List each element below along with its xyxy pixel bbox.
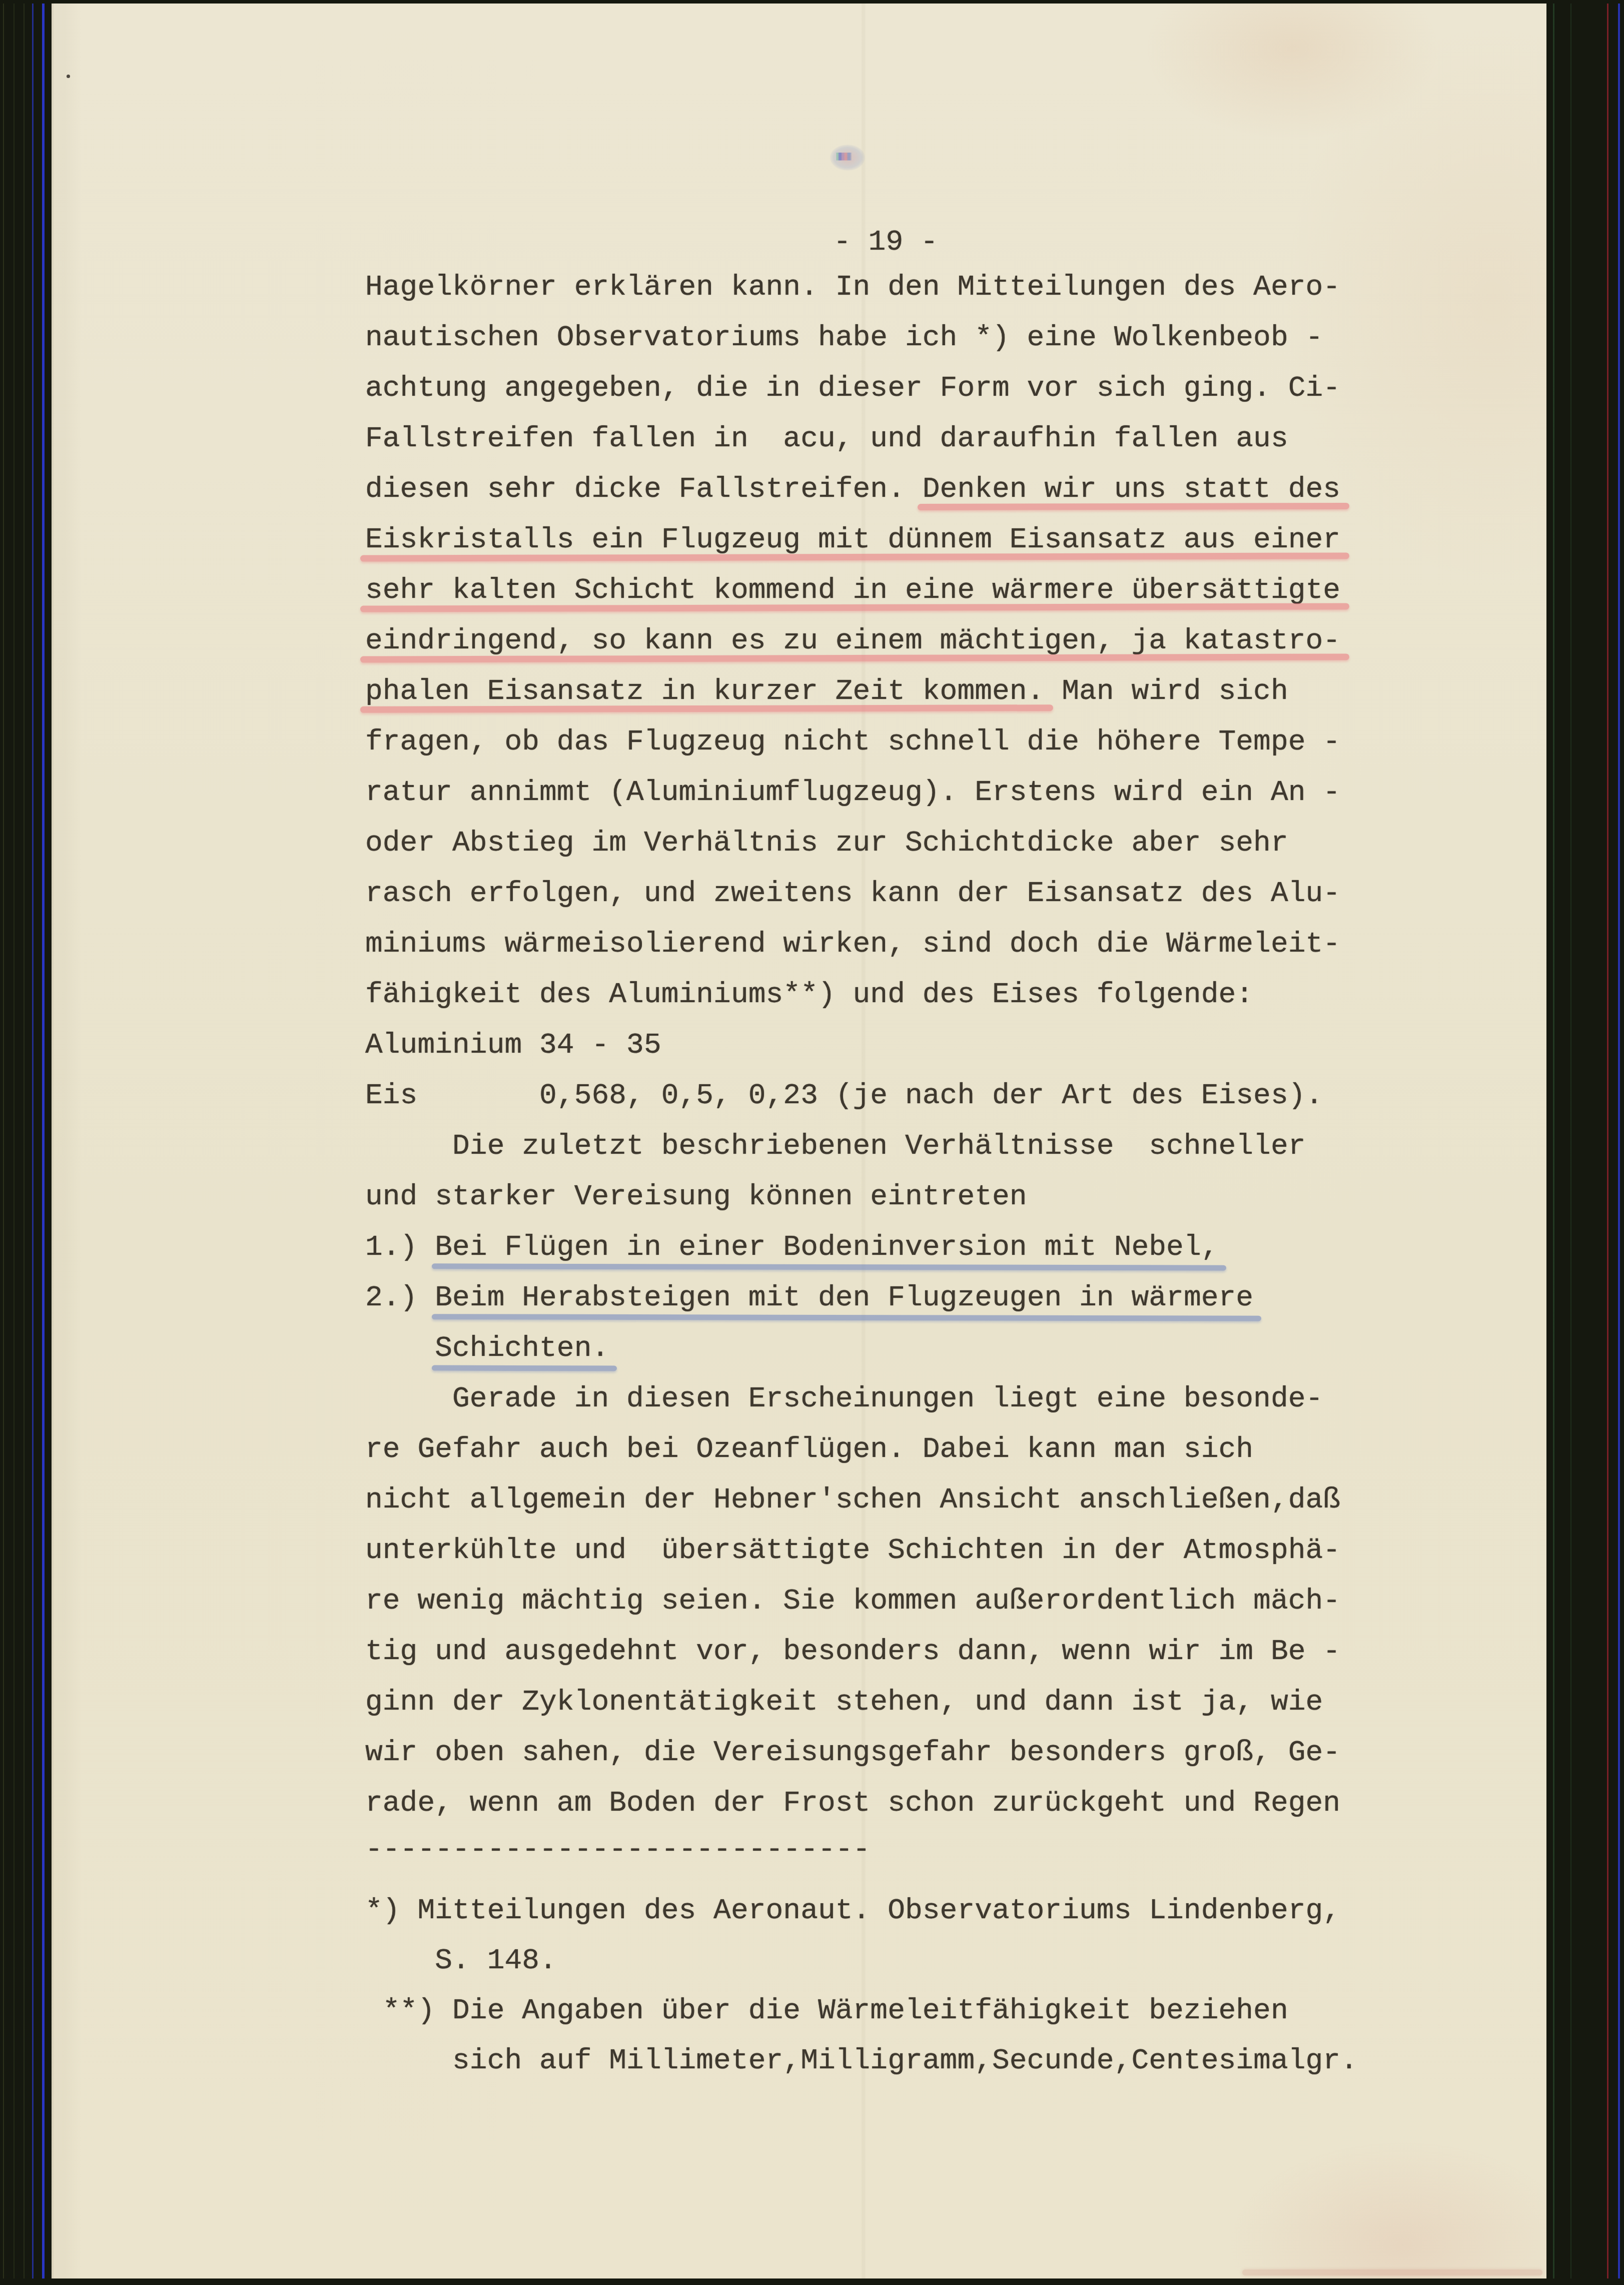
text-line: re wenig mächtig seien. Sie kommen außer… <box>365 1576 1340 1627</box>
underlined-text-red: phalen Eisansatz in kurzer Zeit kommen. <box>365 675 1044 708</box>
text-segment: fragen, ob das Flugzeug nicht schnell di… <box>365 726 1340 758</box>
text-segment: Gerade in diesen Erscheinungen liegt ein… <box>365 1383 1323 1415</box>
underlined-text-red: eindringend, so kann es zu einem mächtig… <box>365 625 1340 657</box>
text-line: Die zuletzt beschriebenen Verhältnisse s… <box>365 1121 1340 1172</box>
text-segment: diesen sehr dicke Fallstreifen. <box>365 473 923 506</box>
text-segment: S. 148. <box>365 1945 557 1977</box>
text-line: rade, wenn am Boden der Frost schon zurü… <box>365 1778 1340 1829</box>
text-line: *) Mitteilungen des Aeronaut. Observator… <box>365 1886 1358 1936</box>
scan-right-border <box>1546 0 1624 2285</box>
text-line: Aluminium 34 - 35 <box>365 1020 1340 1071</box>
underlined-text-red: Eiskristalls ein Flugzeug mit dünnem Eis… <box>365 524 1340 556</box>
text-line: oder Abstieg im Verhältnis zur Schichtdi… <box>365 818 1340 869</box>
text-line: diesen sehr dicke Fallstreifen. Denken w… <box>365 464 1340 515</box>
scan-top-border <box>0 0 1624 4</box>
text-segment: rade, wenn am Boden der Frost schon zurü… <box>365 1787 1340 1820</box>
text-line: 2.) Beim Herabsteigen mit den Flugzeugen… <box>365 1273 1340 1323</box>
ink-speck <box>67 75 70 78</box>
text-line: re Gefahr auch bei Ozeanflügen. Dabei ka… <box>365 1424 1340 1475</box>
text-line: Eis 0,568, 0,5, 0,23 (je nach der Art de… <box>365 1071 1340 1121</box>
text-line: Eiskristalls ein Flugzeug mit dünnem Eis… <box>365 515 1340 565</box>
text-segment: miniums wärmeisolierend wirken, sind doc… <box>365 928 1340 961</box>
text-line: rasch erfolgen, und zweitens kann der Ei… <box>365 869 1340 919</box>
text-line: miniums wärmeisolierend wirken, sind doc… <box>365 919 1340 970</box>
text-segment: ratur annimmt (Aluminiumflugzeug). Erste… <box>365 777 1340 809</box>
text-segment: ginn der Zyklonentätigkeit stehen, und d… <box>365 1686 1323 1719</box>
text-segment: fähigkeit des Aluminiums**) und des Eise… <box>365 979 1253 1011</box>
footnotes: *) Mitteilungen des Aeronaut. Observator… <box>365 1886 1358 2086</box>
text-line: fragen, ob das Flugzeug nicht schnell di… <box>365 717 1340 768</box>
text-line: phalen Eisansatz in kurzer Zeit kommen. … <box>365 666 1340 717</box>
text-segment: 2.) <box>365 1282 435 1314</box>
text-segment: sich auf Millimeter,Milligramm,Secunde,C… <box>365 2045 1358 2077</box>
text-segment: Hagelkörner erklären kann. In den Mittei… <box>365 271 1340 304</box>
text-line: Schichten. <box>365 1323 1340 1374</box>
text-segment: unterkühlte und übersättigte Schichten i… <box>365 1535 1340 1567</box>
footnote-separator: ----------------------------- <box>365 1825 870 1875</box>
text-line: S. 148. <box>365 1936 1358 1986</box>
text-line: achtung angegeben, die in dieser Form vo… <box>365 363 1340 414</box>
text-line: ginn der Zyklonentätigkeit stehen, und d… <box>365 1677 1340 1728</box>
text-segment: nautischen Observatoriums habe ich *) ei… <box>365 322 1323 354</box>
text-segment: rasch erfolgen, und zweitens kann der Ei… <box>365 878 1340 910</box>
text-segment: re Gefahr auch bei Ozeanflügen. Dabei ka… <box>365 1433 1253 1466</box>
text-segment: oder Abstieg im Verhältnis zur Schichtdi… <box>365 827 1288 860</box>
ink-bleed-through-mark <box>1242 2269 1542 2275</box>
text-segment: Die zuletzt beschriebenen Verhältnisse s… <box>365 1130 1306 1163</box>
body-text: Hagelkörner erklären kann. In den Mittei… <box>365 262 1340 1829</box>
text-line: nicht allgemein der Hebner'schen Ansicht… <box>365 1475 1340 1526</box>
text-segment: 1.) <box>365 1231 435 1264</box>
text-segment: tig und ausgedehnt vor, besonders dann, … <box>365 1636 1340 1668</box>
text-segment: nicht allgemein der Hebner'schen Ansicht… <box>365 1484 1340 1516</box>
text-segment: **) Die Angaben über die Wärmeleitfähigk… <box>365 1995 1288 2027</box>
text-segment: und starker Vereisung können eintreten <box>365 1181 1027 1213</box>
scanned-document-page: - 19 - Hagelkörner erklären kann. In den… <box>0 0 1624 2285</box>
text-line: eindringend, so kann es zu einem mächtig… <box>365 616 1340 666</box>
footnote-separator-dashes: ----------------------------- <box>365 1825 870 1875</box>
text-line: sich auf Millimeter,Milligramm,Secunde,C… <box>365 2036 1358 2086</box>
text-segment: Aluminium 34 - 35 <box>365 1029 661 1062</box>
text-line: Gerade in diesen Erscheinungen liegt ein… <box>365 1374 1340 1424</box>
text-line: wir oben sahen, die Vereisungsgefahr bes… <box>365 1728 1340 1778</box>
text-segment: Fallstreifen fallen in acu, und daraufhi… <box>365 423 1288 455</box>
underlined-text-red: Denken wir uns statt des <box>923 473 1340 506</box>
text-segment: achtung angegeben, die in dieser Form vo… <box>365 372 1340 405</box>
text-line: fähigkeit des Aluminiums**) und des Eise… <box>365 970 1340 1020</box>
text-line: ratur annimmt (Aluminiumflugzeug). Erste… <box>365 768 1340 818</box>
text-line: und starker Vereisung können eintreten <box>365 1172 1340 1222</box>
text-line: 1.) Bei Flügen in einer Bodeninversion m… <box>365 1222 1340 1273</box>
text-line: **) Die Angaben über die Wärmeleitfähigk… <box>365 1986 1358 2036</box>
scan-bottom-border <box>0 2278 1624 2285</box>
scan-left-border <box>0 0 52 2285</box>
text-segment: Man wird sich <box>1044 675 1288 708</box>
paper-sheet: - 19 - Hagelkörner erklären kann. In den… <box>52 4 1546 2278</box>
text-line: tig und ausgedehnt vor, besonders dann, … <box>365 1627 1340 1677</box>
text-segment: Eis 0,568, 0,5, 0,23 (je nach der Art de… <box>365 1080 1323 1112</box>
text-segment: *) Mitteilungen des Aeronaut. Observator… <box>365 1895 1340 1927</box>
underlined-text-blue: Beim Herabsteigen mit den Flugzeugen in … <box>435 1282 1253 1314</box>
text-segment: wir oben sahen, die Vereisungsgefahr bes… <box>365 1737 1340 1769</box>
text-line: Hagelkörner erklären kann. In den Mittei… <box>365 262 1340 313</box>
underlined-text-blue: Bei Flügen in einer Bodeninversion mit N… <box>435 1231 1218 1264</box>
erased-stamp-smudge <box>830 145 865 171</box>
text-line: sehr kalten Schicht kommend in eine wärm… <box>365 565 1340 616</box>
underlined-text-red: sehr kalten Schicht kommend in eine wärm… <box>365 574 1340 607</box>
text-segment: re wenig mächtig seien. Sie kommen außer… <box>365 1585 1340 1618</box>
underlined-text-blue: Schichten. <box>435 1332 609 1365</box>
page-number: - 19 - <box>834 217 938 268</box>
text-segment <box>365 1332 435 1365</box>
text-line: unterkühlte und übersättigte Schichten i… <box>365 1526 1340 1576</box>
text-line: nautischen Observatoriums habe ich *) ei… <box>365 313 1340 363</box>
text-line: Fallstreifen fallen in acu, und daraufhi… <box>365 414 1340 464</box>
